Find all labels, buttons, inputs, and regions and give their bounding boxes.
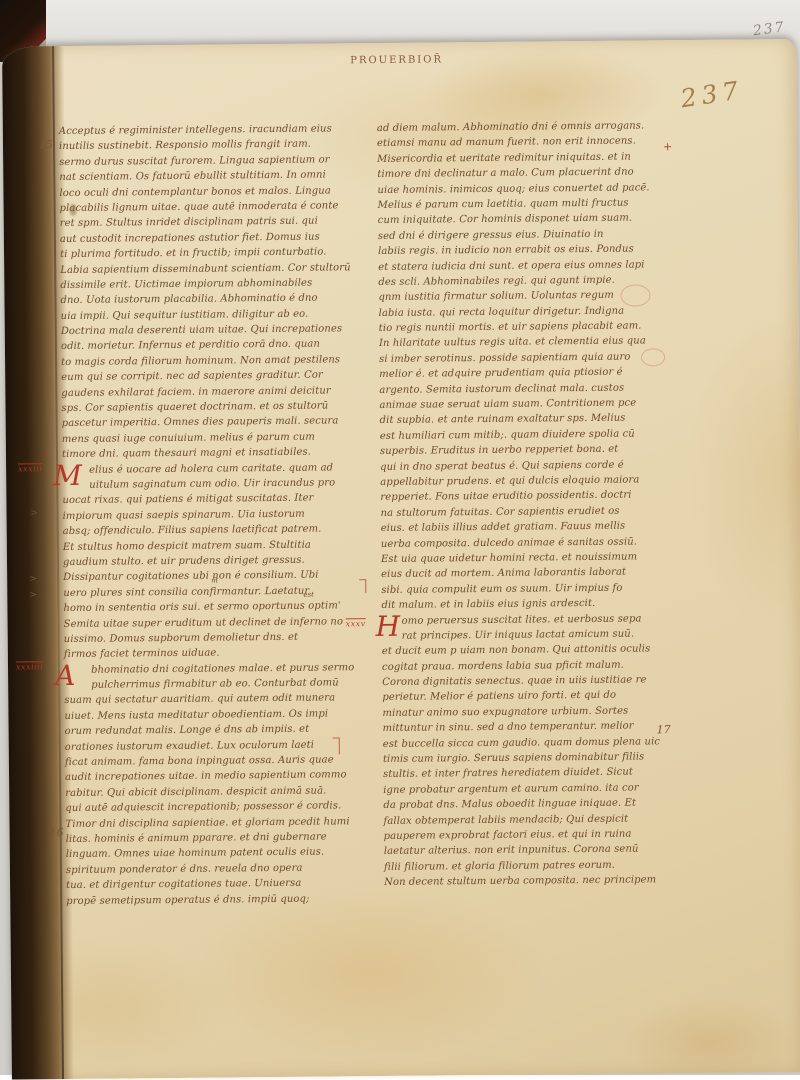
folio-number-ink: 237 [679, 75, 745, 113]
chevron-nota-mark: > [29, 590, 37, 600]
text-column-right: ad diem malum. Abhominatio dni é omnis a… [377, 118, 684, 890]
chapter-number-15: 15 [39, 138, 53, 151]
manuscript-text-line: propē semetipsum operatus é dns. impiū q… [66, 891, 374, 909]
parchment-blemish [70, 204, 77, 216]
section-number-xxxiii: xxxiii [18, 464, 42, 473]
red-bracket-mark [359, 579, 366, 593]
plus-correction-mark: + [663, 140, 672, 153]
section-number-xxxv: xxxv [346, 619, 366, 628]
running-title: PROUERBIOR̄ [350, 54, 443, 66]
manuscript-page: 237 237 PROUERBIOR̄ Acceptus é regiminis… [2, 39, 800, 1075]
chevron-nota-mark: > [29, 574, 37, 584]
photo-backdrop: 237 237 PROUERBIOR̄ Acceptus é regiminis… [0, 0, 800, 1075]
text-column-left: Acceptus é regiminister intellegens. ira… [59, 121, 375, 909]
folio-number-pencil: 237 [752, 19, 787, 39]
manuscript-text-line: Non decent stultum uerba composita. nec … [384, 872, 684, 890]
interlinear-gloss: est [303, 591, 314, 599]
chapter-number-17: 17 [657, 723, 671, 736]
red-bracket-mark [333, 737, 340, 754]
section-number-xxxiiii: xxxiiii [16, 662, 43, 671]
chevron-nota-mark: > [30, 508, 38, 518]
interlinear-gloss: m̄ [211, 577, 218, 585]
chapter-number-16: 16 [50, 826, 64, 839]
